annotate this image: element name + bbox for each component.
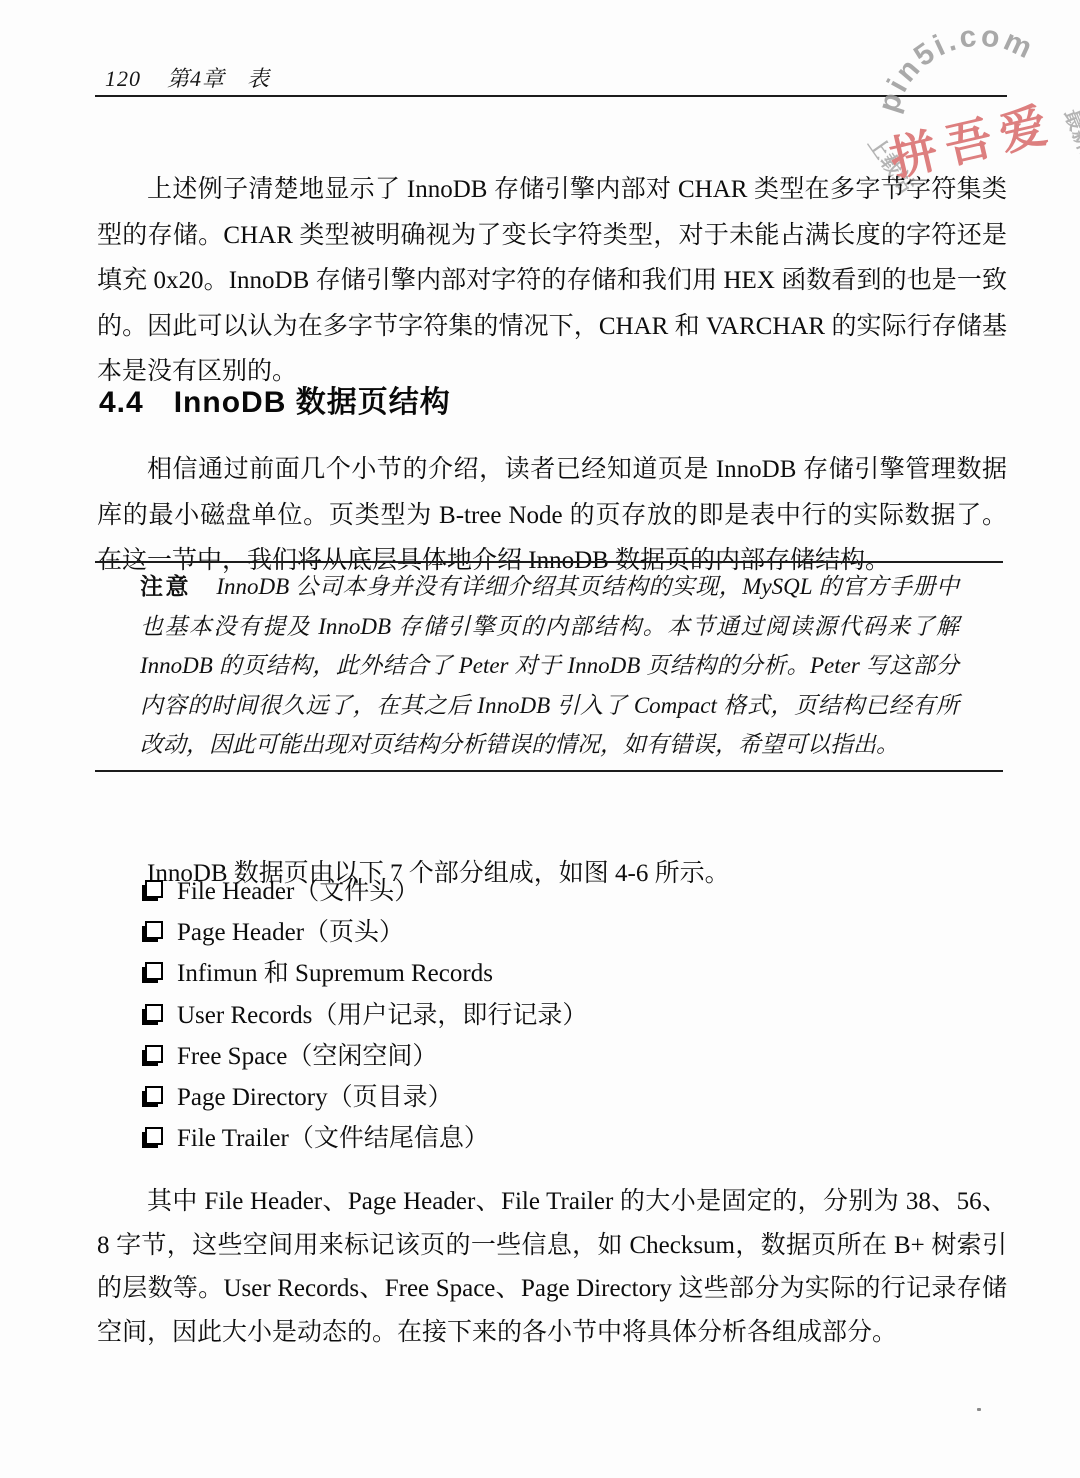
list-item: Page Header（页头） (142, 909, 1002, 950)
list-item-label: Infimun 和 Supremum Records (177, 953, 493, 989)
list-item-label: File Trailer（文件结尾信息） (177, 1118, 489, 1154)
list-item: Free Space（空闲空间） (142, 1033, 1002, 1074)
book-page: 120第4章表 pin5i.com 上载站 最新编辑 拼吾爱 上述例子清楚地显示… (0, 0, 1080, 1478)
square-bullet-icon (145, 1127, 163, 1145)
paragraph-char-storage: 上述例子清楚地显示了 InnoDB 存储引擎内部对 CHAR 类型在多字节字符集… (97, 167, 1007, 395)
section-number: 4.4 (99, 386, 144, 419)
square-bullet-icon (145, 1086, 163, 1104)
list-item: File Trailer（文件结尾信息） (142, 1116, 1002, 1157)
scan-speck (977, 1408, 981, 1411)
section-title: InnoDB 数据页结构 (174, 386, 451, 419)
running-head: 120第4章表 (105, 62, 1010, 93)
list-item-label: Page Directory（页目录） (177, 1077, 453, 1113)
paragraph-sizes: 其中 File Header、Page Header、File Trailer … (97, 1180, 1007, 1354)
square-bullet-icon (145, 880, 163, 898)
square-bullet-icon (145, 921, 163, 939)
list-item-label: File Header（文件头） (177, 871, 419, 907)
header-rule (95, 95, 1007, 97)
square-bullet-icon (145, 962, 163, 980)
chapter-title: 表 (247, 66, 270, 91)
note-label: 注意 (140, 574, 191, 599)
list-item: File Header（文件头） (142, 868, 1002, 909)
section-heading: 4.4InnoDB 数据页结构 (99, 377, 451, 421)
square-bullet-icon (145, 1045, 163, 1063)
square-bullet-icon (145, 1004, 163, 1022)
chapter-number: 第4章 (167, 66, 225, 91)
list-item: Page Directory（页目录） (142, 1074, 1002, 1115)
page-parts-list: File Header（文件头） Page Header（页头） Infimun… (142, 868, 1002, 1157)
page-number: 120 (105, 66, 141, 91)
list-item-label: Free Space（空闲空间） (177, 1036, 437, 1072)
note-block: 注意InnoDB 公司本身并没有详细介绍其页结构的实现，MySQL 的官方手册中… (95, 561, 1003, 772)
list-item-label: Page Header（页头） (177, 912, 404, 948)
list-item: Infimun 和 Supremum Records (142, 951, 1002, 992)
list-item: User Records（用户记录，即行记录） (142, 992, 1002, 1033)
list-item-label: User Records（用户记录，即行记录） (177, 995, 587, 1031)
watermark-ring-right: 最新编辑 (1059, 106, 1080, 193)
note-text: InnoDB 公司本身并没有详细介绍其页结构的实现，MySQL 的官方手册中也基… (140, 574, 959, 757)
